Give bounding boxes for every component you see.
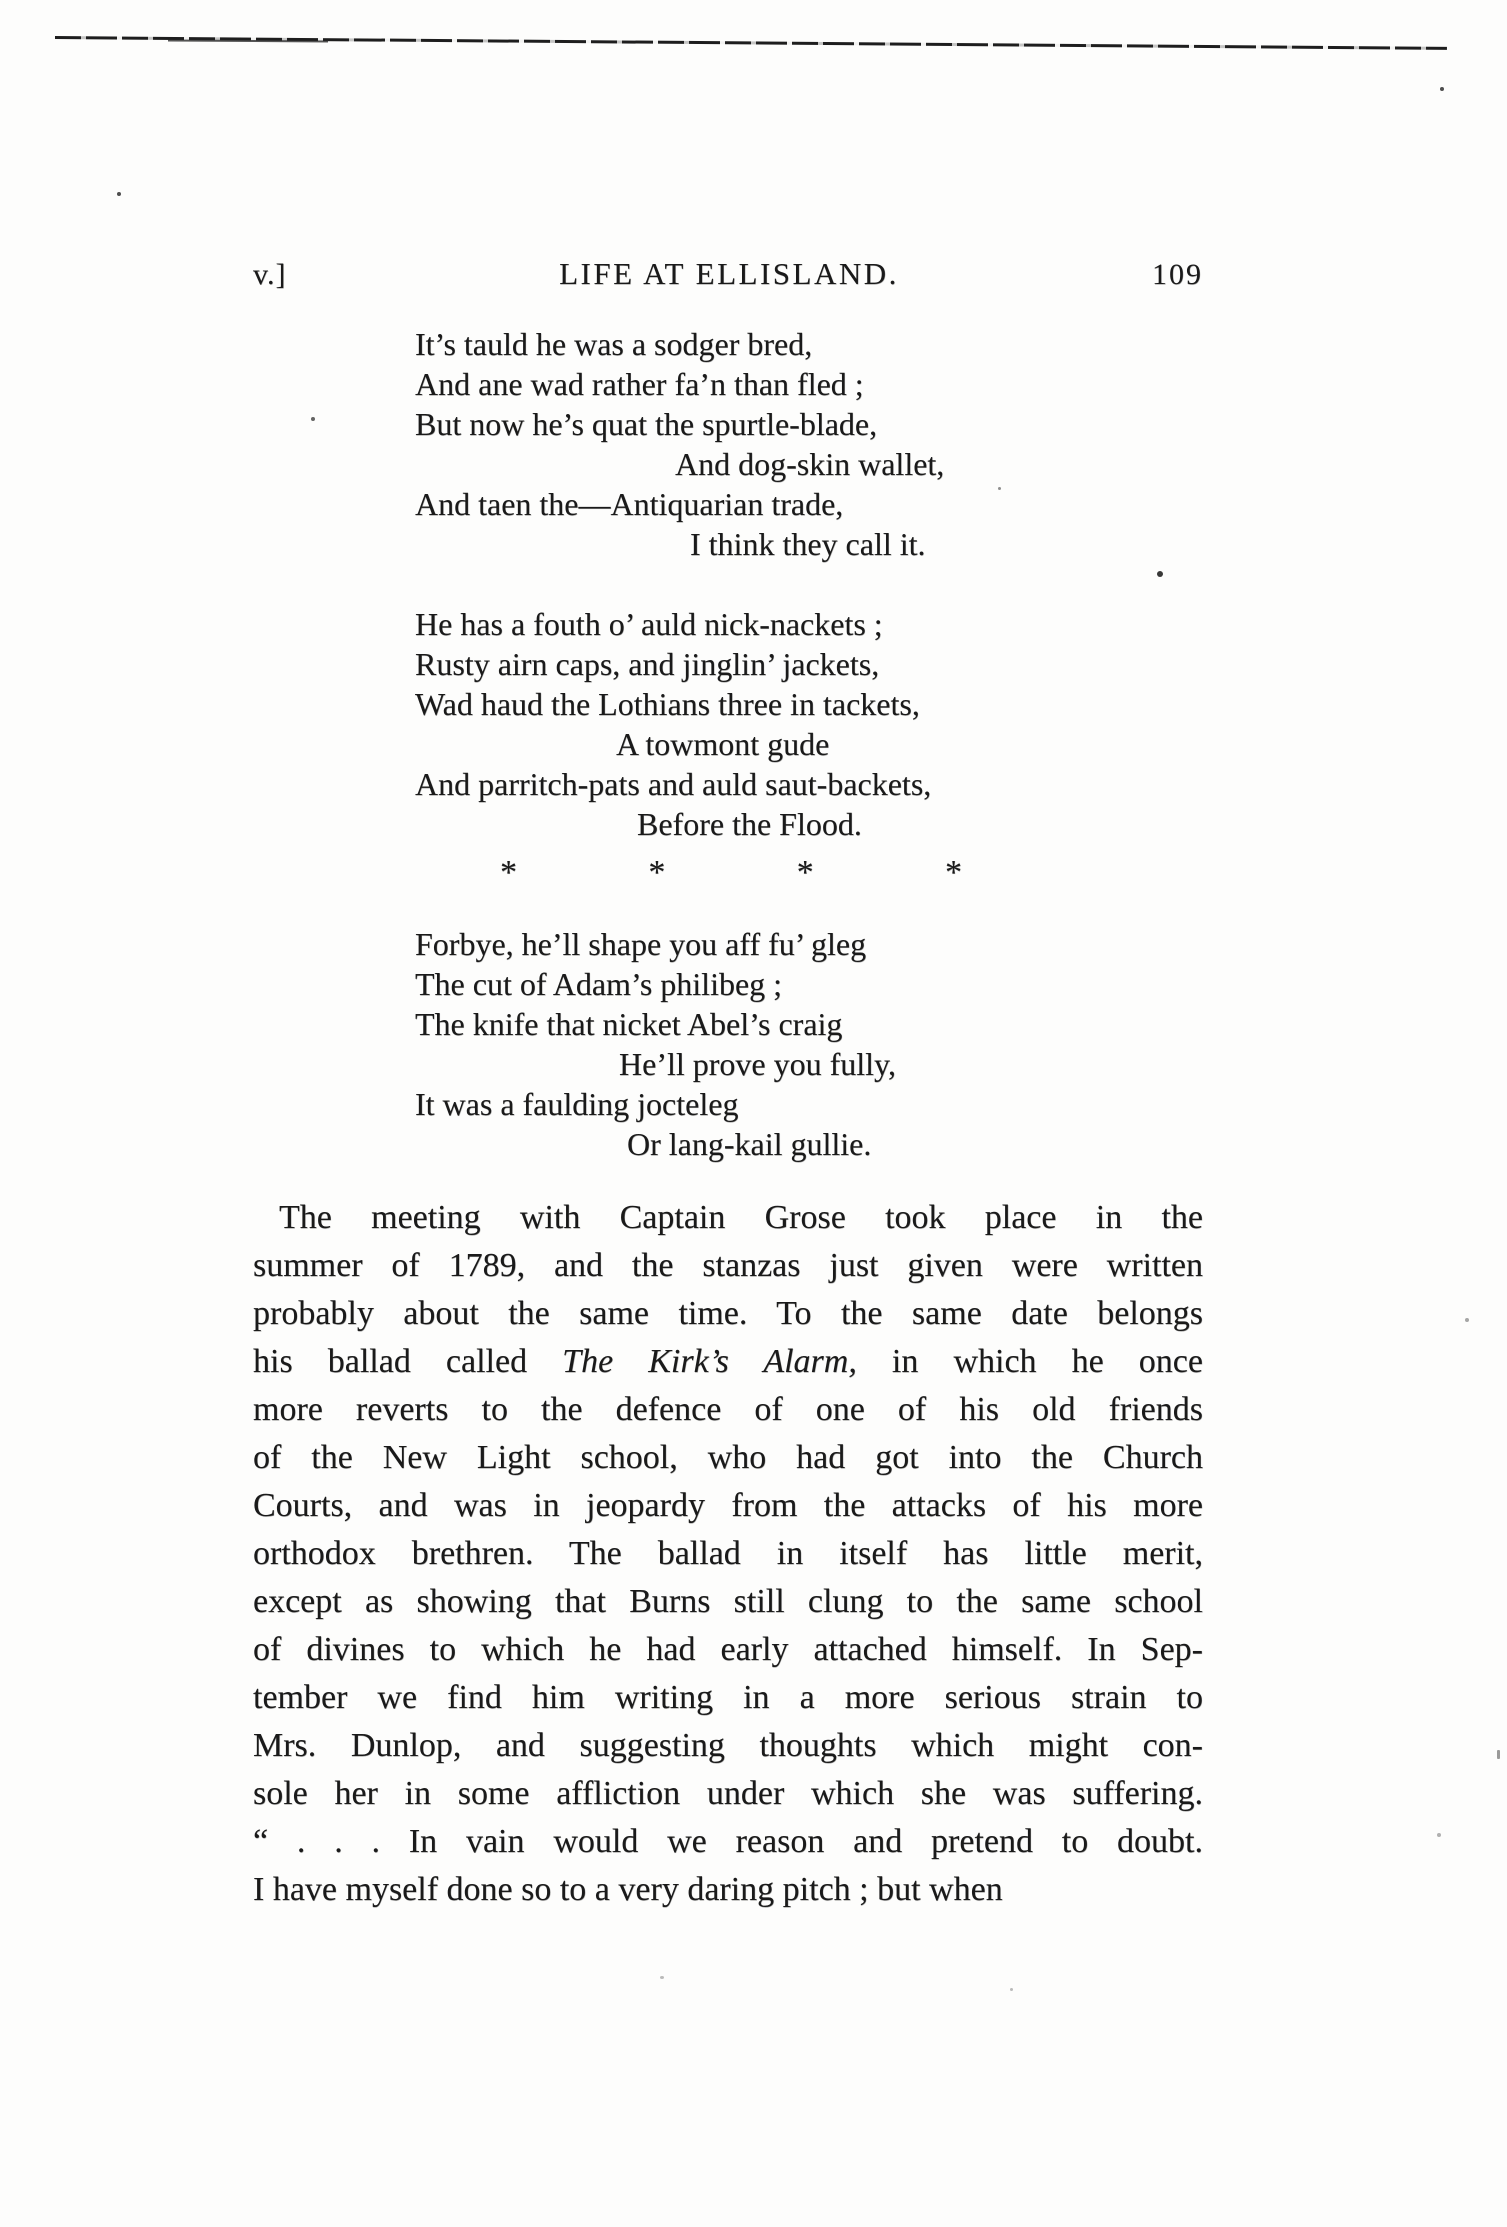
poem-line: He has a fouth o’ auld nick-nackets ; — [415, 604, 931, 644]
prose-line: sole her in some affliction under which … — [253, 1770, 1203, 1818]
asterisk: * — [648, 856, 665, 890]
asterisk: * — [500, 856, 517, 890]
asterisk-separator: * * * * — [500, 856, 962, 890]
poem-line: I think they call it. — [690, 524, 944, 564]
page-header: v.] LIFE AT ELLISLAND. 109 — [253, 256, 1205, 300]
poem-stanza-1: It’s tauld he was a sodger bred, And ane… — [415, 324, 944, 564]
page-number: 109 — [1152, 258, 1203, 292]
poem-line: It was a faulding jocteleg — [415, 1084, 896, 1124]
prose-line: probably about the same time. To the sam… — [253, 1290, 1203, 1338]
poem-line: And taen the—Antiquarian trade, — [415, 484, 944, 524]
asterisk: * — [797, 856, 814, 890]
poem-line: It’s tauld he was a sodger bred, — [415, 324, 944, 364]
poem-line: And dog-skin wallet, — [675, 444, 944, 484]
scan-speck — [1437, 1833, 1441, 1837]
poem-line: The cut of Adam’s philibeg ; — [415, 964, 896, 1004]
prose-line: summer of 1789, and the stanzas just giv… — [253, 1242, 1203, 1290]
poem-stanza-2: He has a fouth o’ auld nick-nackets ; Ru… — [415, 604, 931, 844]
scan-speck — [998, 487, 1001, 490]
scan-speck — [311, 417, 315, 421]
prose-text: his ballad called — [253, 1343, 562, 1380]
asterisk: * — [945, 856, 962, 890]
poem-line: Wad haud the Lothians three in tackets, — [415, 684, 931, 724]
prose-line: The meeting with Captain Grose took plac… — [253, 1194, 1203, 1242]
running-title: LIFE AT ELLISLAND. — [253, 256, 1205, 292]
poem-line: And parritch-pats and auld saut-backets, — [415, 764, 931, 804]
prose-line: of the New Light school, who had got int… — [253, 1434, 1203, 1482]
prose-line: except as showing that Burns still clung… — [253, 1578, 1203, 1626]
scan-artifact-line-segment — [168, 39, 328, 42]
prose-line: Mrs. Dunlop, and suggesting thoughts whi… — [253, 1722, 1203, 1770]
prose-paragraph: The meeting with Captain Grose took plac… — [253, 1194, 1203, 1914]
prose-line: tember we find him writing in a more ser… — [253, 1674, 1203, 1722]
book-title-italic: The Kirk’s Alarm, — [562, 1343, 857, 1380]
poem-line: Forbye, he’ll shape you aff fu’ gleg — [415, 924, 896, 964]
scan-speck — [1440, 87, 1444, 91]
poem-line: A towmont gude — [616, 724, 931, 764]
poem-line: But now he’s quat the spurtle-blade, — [415, 404, 944, 444]
book-page-scan: v.] LIFE AT ELLISLAND. 109 It’s tauld he… — [0, 0, 1507, 2227]
poem-line: The knife that nicket Abel’s craig — [415, 1004, 896, 1044]
scan-speck — [1010, 1988, 1013, 1991]
prose-line: more reverts to the defence of one of hi… — [253, 1386, 1203, 1434]
prose-line: orthodox brethren. The ballad in itself … — [253, 1530, 1203, 1578]
prose-line: “ . . . In vain would we reason and pret… — [253, 1818, 1203, 1866]
poem-line: He’ll prove you fully, — [619, 1044, 896, 1084]
scan-speck — [1497, 1750, 1500, 1759]
prose-line: I have myself done so to a very daring p… — [253, 1866, 1203, 1914]
poem-line: Or lang-kail gullie. — [627, 1124, 896, 1164]
scan-speck — [1465, 1318, 1469, 1322]
poem-stanza-3: Forbye, he’ll shape you aff fu’ gleg The… — [415, 924, 896, 1164]
scan-speck — [117, 192, 121, 196]
prose-line-with-italic: his ballad called The Kirk’s Alarm, in w… — [253, 1338, 1203, 1386]
prose-text: in which he once — [857, 1343, 1203, 1380]
poem-line: And ane wad rather fa’n than fled ; — [415, 364, 944, 404]
prose-line: of divines to which he had early attache… — [253, 1626, 1203, 1674]
scan-speck — [660, 1976, 664, 1979]
poem-line: Before the Flood. — [637, 804, 931, 844]
scan-speck — [1157, 571, 1163, 577]
scan-artifact-line — [55, 36, 1447, 50]
prose-line: Courts, and was in jeopardy from the att… — [253, 1482, 1203, 1530]
poem-line: Rusty airn caps, and jinglin’ jackets, — [415, 644, 931, 684]
